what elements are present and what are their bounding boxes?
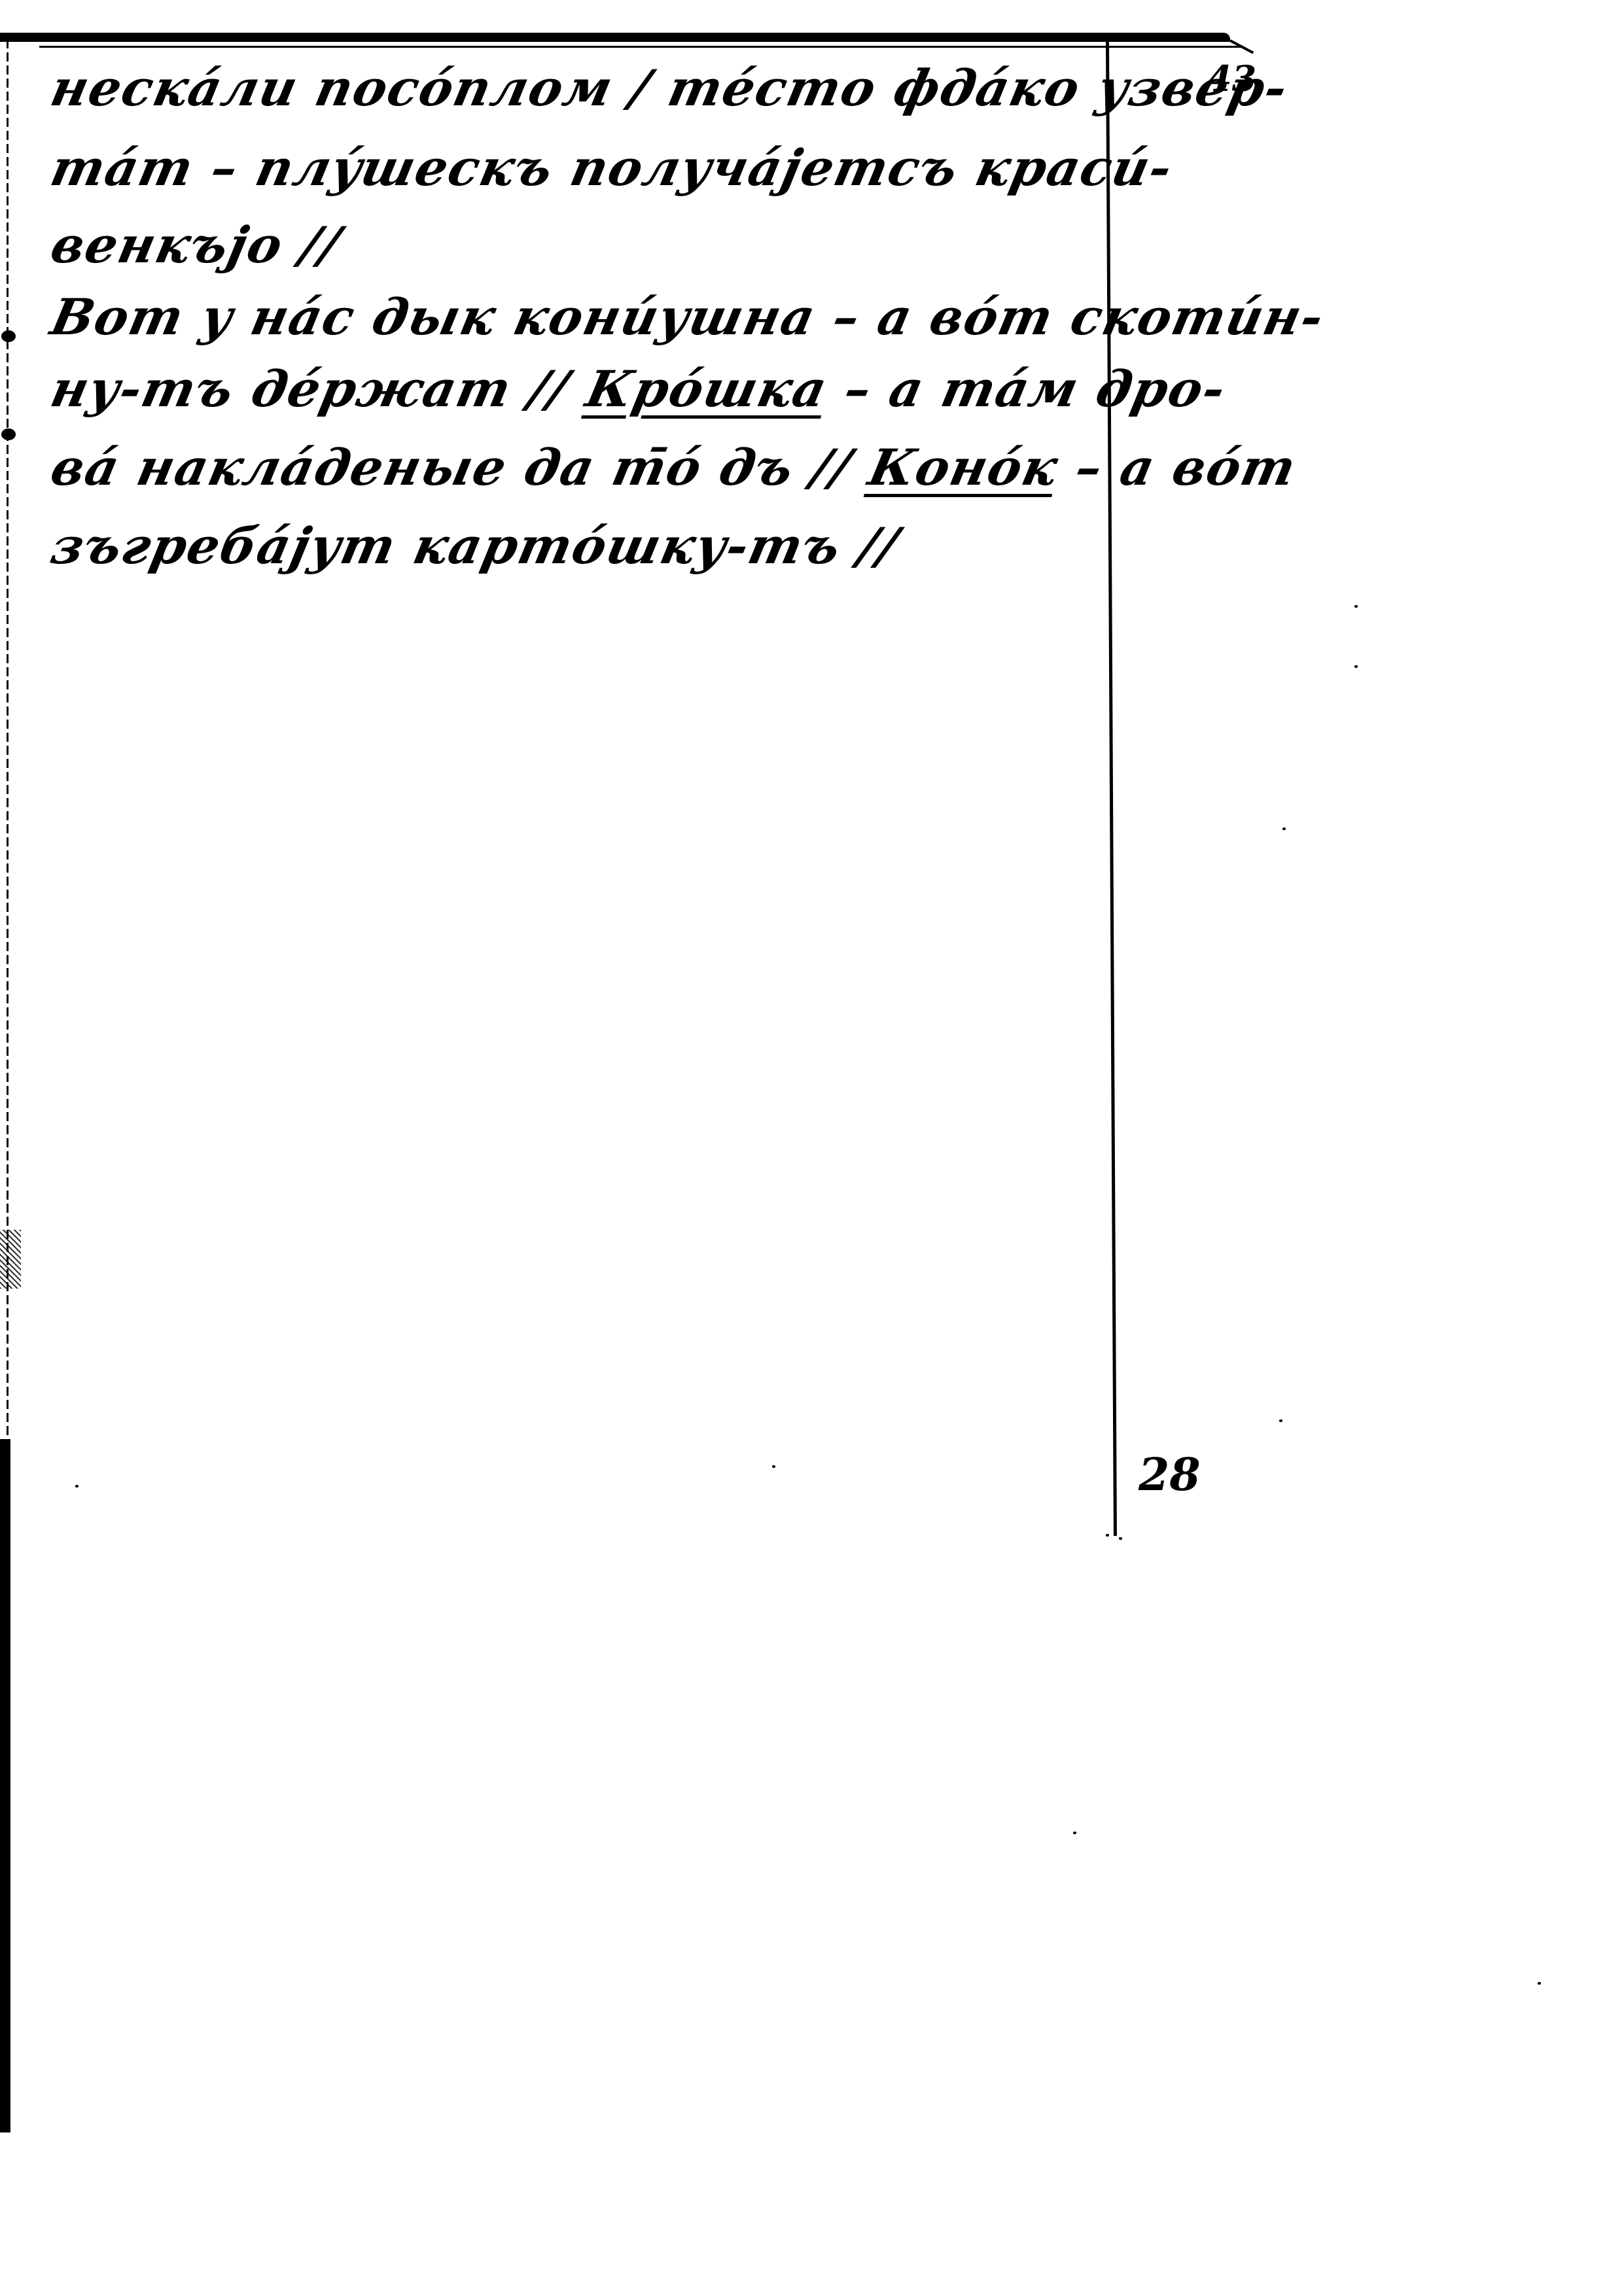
scan-speck [1354,665,1358,668]
page-number: 28 [1139,1449,1201,1501]
text-segment: венкъјо // [46,216,346,274]
underlined-word-konok: Конóк [864,438,1064,496]
scan-speck [1119,1537,1122,1540]
text-line-3: венкъјо // [46,216,346,274]
punch-hole-mark [1,330,16,342]
underlined-word-kroshka: Крóшка [581,360,833,418]
text-line-2: тáт – плýшескъ получáјетсъ красú- [46,139,1178,197]
manuscript-page: 43 нескáли посóплом / тéсто фдáко узвер-… [0,0,1607,2296]
punch-hole-mark [1,428,16,440]
text-line-6: вá наклáденые да т̄ó дъ // Конóк – а вóт [46,438,1302,496]
scan-speck [1354,605,1358,608]
text-segment: нескáли посóплом / тéсто фдáко узвер- [46,59,1294,117]
left-edge-black-bar [0,1439,10,2132]
text-segment: ну-тъ дéржат // [46,360,593,418]
scan-speck [1279,1419,1282,1422]
scan-speck [772,1465,775,1468]
text-line-5: ну-тъ дéржат // Крóшка – а тáм дро- [46,360,1231,418]
text-segment: – а вóт [1051,438,1302,496]
scan-speck [1538,1982,1541,1985]
text-segment: вá наклáденые да т̄ó дъ // [46,438,876,496]
text-segment: тáт – плýшескъ получáјетсъ красú- [46,139,1178,197]
scan-speck [75,1485,79,1487]
top-rule-thin-line [39,46,1243,48]
text-segment: – а тáм дро- [821,360,1231,418]
text-segment: зъгребáјут картóшку-тъ // [46,517,904,575]
scan-speck [1282,827,1286,830]
margin-vertical-rule [1106,42,1117,1536]
text-segment: Вот у нáс дык конúушна – а вóт скотúн- [46,288,1330,346]
left-edge-scan-noise [0,1230,21,1289]
scan-speck [1073,1832,1076,1834]
top-rule-line [0,33,1230,42]
scan-speck [1106,1534,1109,1537]
text-line-7: зъгребáјут картóшку-тъ // [46,517,904,575]
text-line-1: нескáли посóплом / тéсто фдáко узвер- [46,59,1294,117]
text-line-4: Вот у нáс дык конúушна – а вóт скотúн- [46,288,1330,346]
